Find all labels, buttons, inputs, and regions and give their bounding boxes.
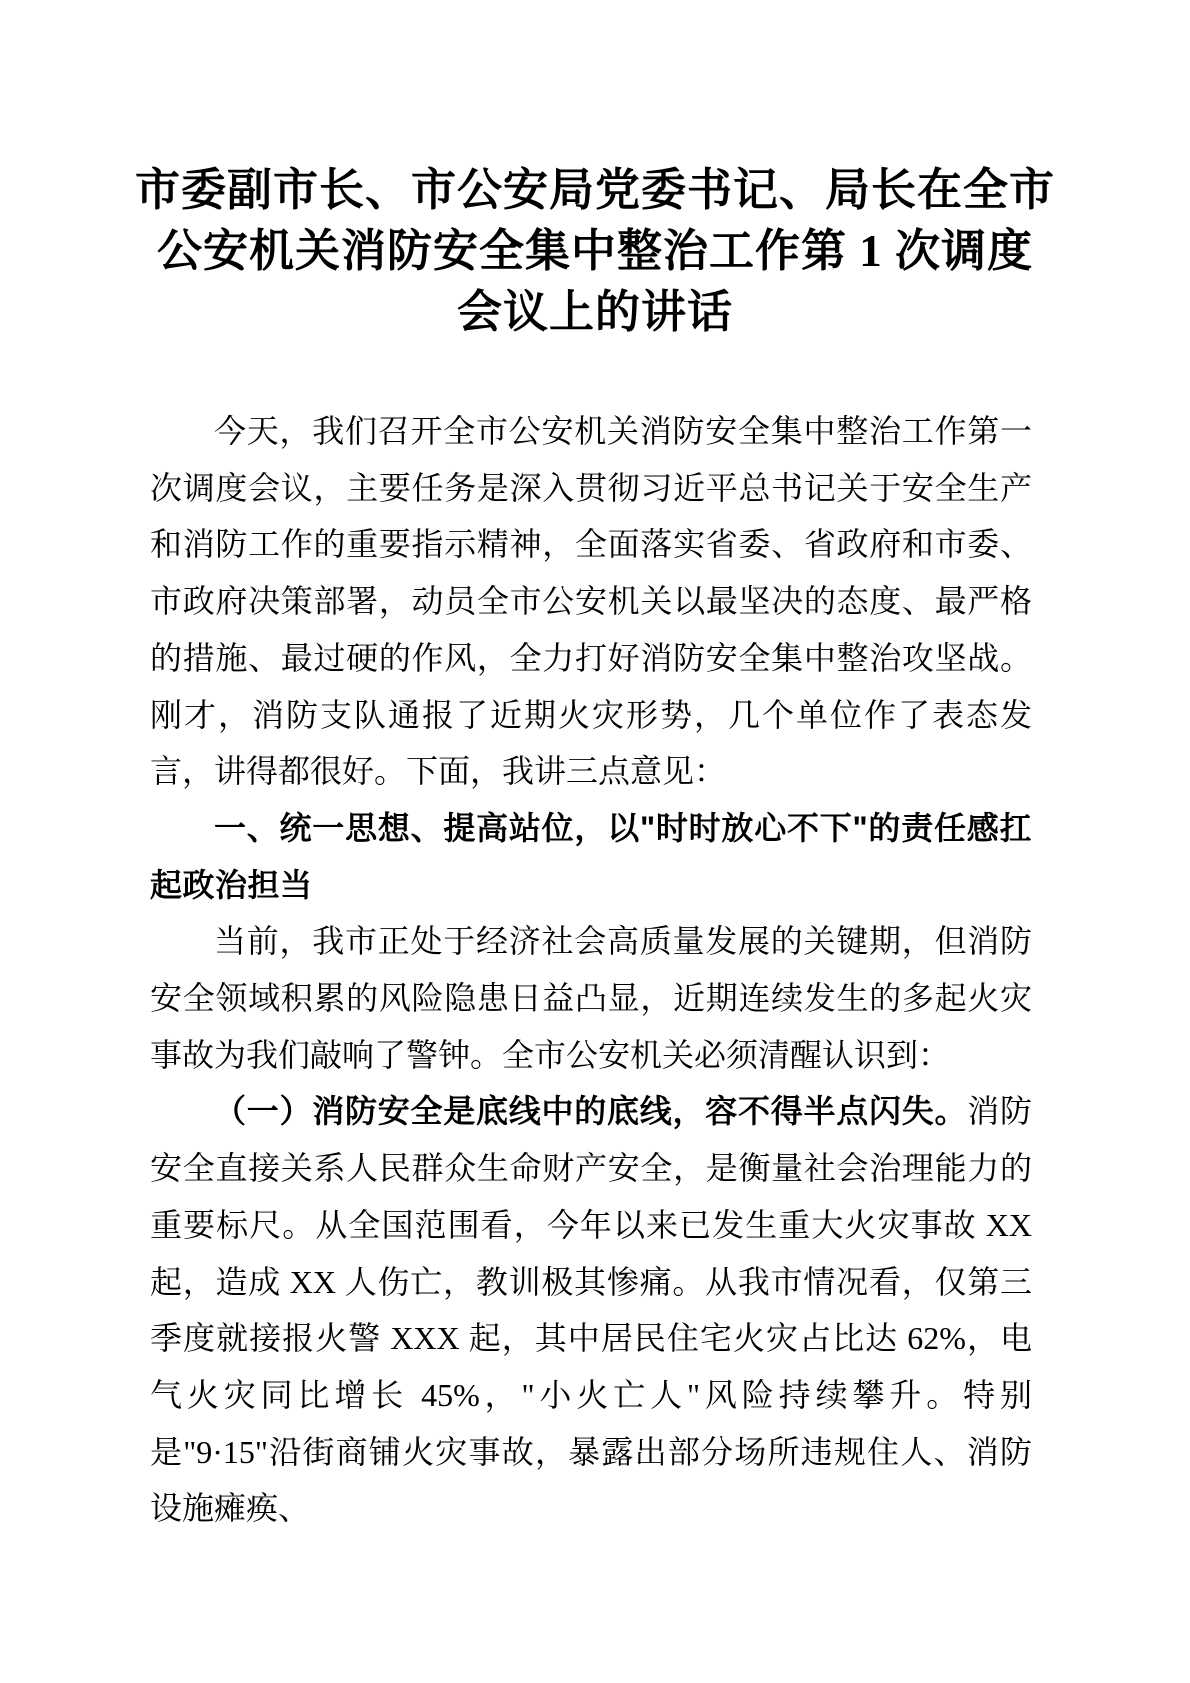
document-title-line-2: 公安机关消防安全集中整治工作第 1 次调度 — [110, 221, 1080, 282]
paragraph-point-one: （一）消防安全是底线中的底线，容不得半点闪失。消防安全直接关系人民群众生命财产安… — [150, 1083, 1032, 1537]
text-run-bold: （一）消防安全是底线中的底线，容不得半点闪失。 — [214, 1093, 967, 1129]
document-title-line-1: 市委副市长、市公安局党委书记、局长在全市 — [110, 160, 1080, 221]
text-run-normal: 当前，我市正处于经济社会高质量发展的关键期，但消防安全领域积累的风险隐患日益凸显… — [150, 923, 1032, 1072]
text-run-normal: 今天，我们召开全市公安机关消防安全集中整治工作第一次调度会议，主要任务是深入贯彻… — [150, 413, 1032, 789]
text-run-normal: 消防安全直接关系人民群众生命财产安全，是衡量社会治理能力的重要标尺。从全国范围看… — [150, 1093, 1032, 1526]
paragraph-intro: 今天，我们召开全市公安机关消防安全集中整治工作第一次调度会议，主要任务是深入贯彻… — [150, 403, 1032, 800]
document-title: 市委副市长、市公安局党委书记、局长在全市 公安机关消防安全集中整治工作第 1 次… — [0, 160, 1190, 343]
document-title-line-3: 会议上的讲话 — [110, 282, 1080, 343]
heading-section-one: 一、统一思想、提高站位，以"时时放心不下"的责任感扛起政治担当 — [150, 800, 1032, 913]
document-page: 市委副市长、市公安局党委书记、局长在全市 公安机关消防安全集中整治工作第 1 次… — [0, 0, 1190, 1683]
text-run-heading: 一、统一思想、提高站位，以"时时放心不下"的责任感扛起政治担当 — [150, 810, 1032, 903]
paragraph-current-situation: 当前，我市正处于经济社会高质量发展的关键期，但消防安全领域积累的风险隐患日益凸显… — [150, 913, 1032, 1083]
document-body: 今天，我们召开全市公安机关消防安全集中整治工作第一次调度会议，主要任务是深入贯彻… — [150, 403, 1032, 1537]
